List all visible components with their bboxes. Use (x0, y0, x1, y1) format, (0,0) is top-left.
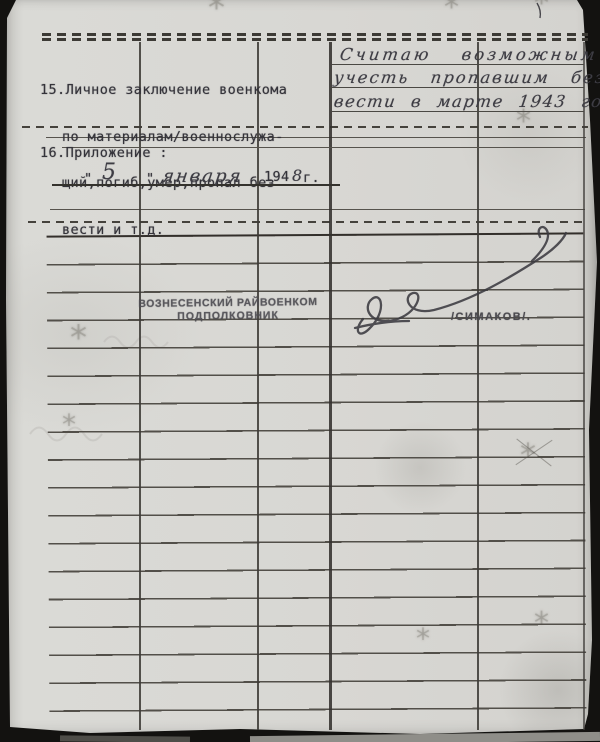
handwritten-note-line-3: вести в марте 1943 года. (331, 92, 600, 111)
column-line-5 (583, 42, 585, 730)
date-month-handwritten: января (161, 166, 244, 187)
scanned-document-page: * * * * * * * * * 15.Личное заключение в… (0, 0, 600, 742)
handwritten-note-row-3: вести в марте 1943 года. (332, 90, 584, 112)
top-separator-dash-2 (42, 38, 588, 41)
section15-line2: по материалам/военнослужа- (40, 130, 287, 146)
stamp-line-1: ВОЗНЕСЕНСКИЙ РАЙВОЕНКОМ (126, 296, 330, 310)
top-separator-dash-1 (42, 33, 588, 36)
column-line-4 (477, 42, 479, 730)
date-year-suffix: г. (303, 171, 320, 187)
date-open-quote: " (84, 172, 93, 188)
date-day-handwritten: 5 (102, 160, 116, 185)
date-year-digit-handwritten: 8 (292, 166, 302, 185)
stamp-line-2: ПОДПОЛКОВНИК (126, 309, 330, 323)
column-line-3 (329, 42, 332, 730)
date-close-quote: " (146, 172, 155, 188)
handwritten-note-row-2: учесть пропавшим без (332, 66, 584, 88)
date-year-typed: 194 (264, 170, 290, 186)
handwritten-note-line-2: учесть пропавшим без (331, 68, 600, 87)
stray-pen-mark (533, 2, 547, 20)
section15-line4: вести и т.д. (40, 223, 287, 239)
handwritten-signature (335, 225, 580, 343)
handwritten-note-row-1: Считаю возможным (332, 43, 584, 65)
section15-line1: 15.Личное заключение военкома (40, 83, 287, 99)
handwritten-note-line-1: Считаю возможным (331, 45, 599, 64)
underlying-sheet-edge-2 (60, 735, 190, 742)
military-commissariat-stamp: ВОЗНЕСЕНСКИЙ РАЙВОЕНКОМ ПОДПОЛКОВНИК (126, 296, 330, 323)
underlying-sheet-edge (250, 732, 600, 742)
